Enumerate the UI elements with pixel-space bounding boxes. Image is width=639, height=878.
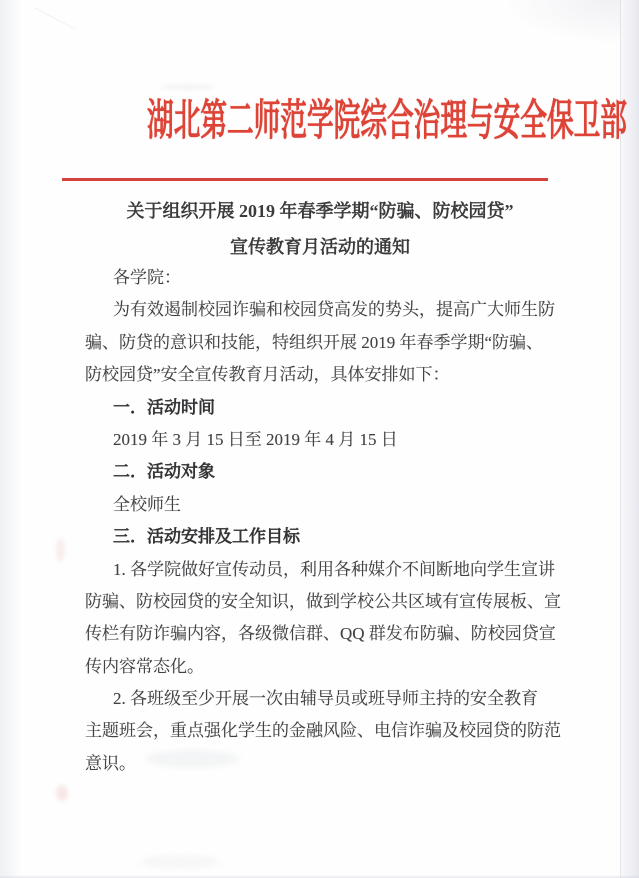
body-line: 2019 年 3 月 15 日至 2019 年 4 月 15 日 bbox=[85, 424, 585, 456]
scan-smudge bbox=[140, 855, 220, 869]
body-line: 主题班会，重点强化学生的金融风险、电信诈骗及校园贷的防范 bbox=[85, 715, 585, 747]
document-body: 各学院：为有效遏制校园诈骗和校园贷高发的势头，提高广大师生防骗、防贷的意识和技能… bbox=[85, 262, 585, 780]
body-line: 2. 各班级至少开展一次由辅导员或班导师主持的安全教育 bbox=[85, 683, 585, 715]
body-line: 各学院： bbox=[85, 262, 585, 294]
letterhead-rule bbox=[62, 178, 548, 181]
body-line: 为有效遏制校园诈骗和校园贷高发的势头，提高广大师生防 bbox=[85, 294, 585, 326]
body-line: 全校师生 bbox=[85, 489, 585, 521]
letterhead-title: 湖北第二师范学院综合治理与安全保卫部 bbox=[0, 96, 612, 148]
scanned-document-page: 湖北第二师范学院综合治理与安全保卫部 关于组织开展 2019 年春季学期“防骗、… bbox=[0, 0, 639, 878]
body-line: 骗、防贷的意识和技能，特组织开展 2019 年春季学期“防骗、 bbox=[85, 327, 585, 359]
document-title: 关于组织开展 2019 年春季学期“防骗、防校园贷” 宣传教育月活动的通知 bbox=[62, 193, 578, 265]
scan-smudge bbox=[56, 538, 65, 562]
scan-smudge bbox=[56, 785, 68, 801]
scan-scratch bbox=[34, 7, 75, 29]
body-line: 三．活动安排及工作目标 bbox=[85, 521, 585, 553]
document-title-line2: 宣传教育月活动的通知 bbox=[62, 229, 578, 265]
body-line: 意识。 bbox=[85, 748, 585, 780]
scan-corner-shadow bbox=[501, 0, 621, 46]
body-line: 1. 各学院做好宣传动员，利用各种媒介不间断地向学生宣讲 bbox=[85, 554, 585, 586]
body-line: 二．活动对象 bbox=[85, 456, 585, 488]
body-line: 一．活动时间 bbox=[85, 392, 585, 424]
body-line: 传栏有防诈骗内容，各级微信群、QQ 群发布防骗、防校园贷宣 bbox=[85, 618, 585, 650]
body-line: 防校园贷”安全宣传教育月活动，具体安排如下： bbox=[85, 359, 585, 391]
letterhead-text: 湖北第二师范学院综合治理与安全保卫部 bbox=[147, 96, 627, 148]
body-line: 防骗、防校园贷的安全知识，做到学校公共区域有宣传展板、宣 bbox=[85, 586, 585, 618]
body-line: 传内容常态化。 bbox=[85, 651, 585, 683]
scan-smudge bbox=[160, 84, 215, 90]
document-title-line1: 关于组织开展 2019 年春季学期“防骗、防校园贷” bbox=[62, 193, 578, 229]
